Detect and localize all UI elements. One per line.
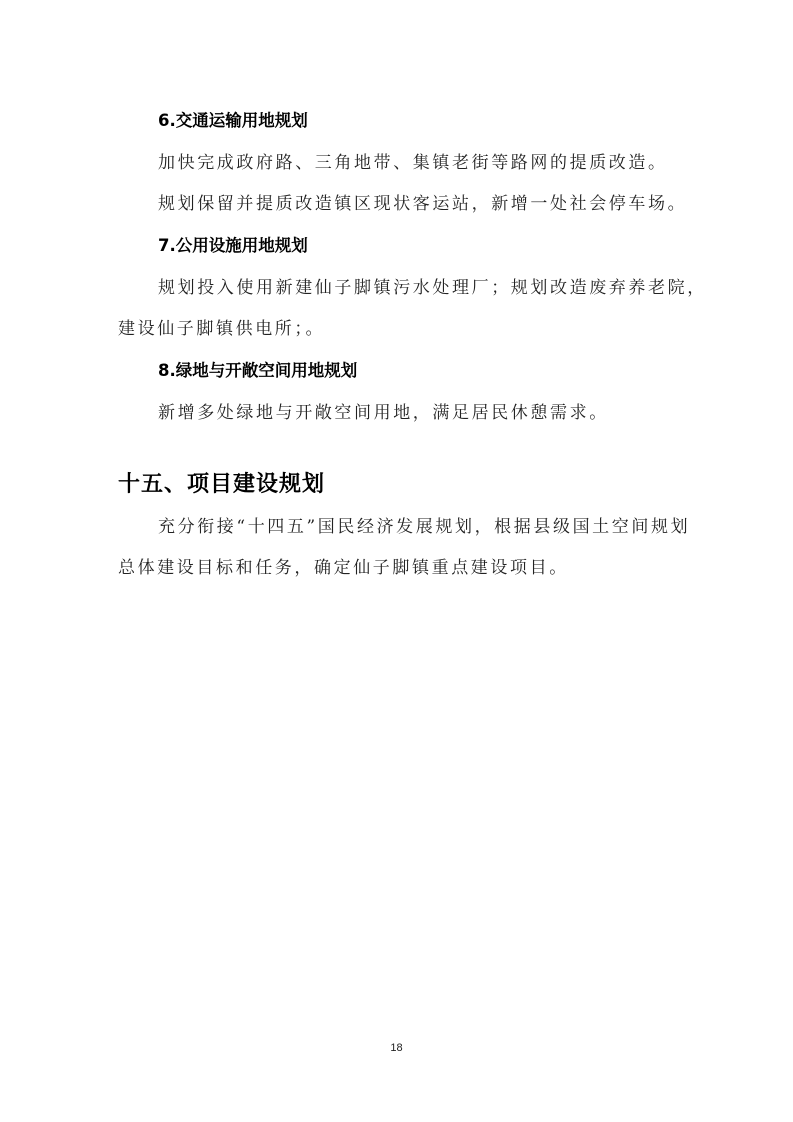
paragraph-line: 建设仙子脚镇供电所；。 (118, 314, 325, 339)
page-number: 18 (0, 1042, 793, 1054)
paragraph-line: 规划保留并提质改造镇区现状客运站，新增一处社会停车场。 (158, 189, 687, 214)
paragraph-line: 充分衔接“十四五”国民经济发展规划，根据县级国土空间规划 (158, 512, 690, 537)
paragraph-line: 总体建设目标和任务，确定仙子脚镇重点建设项目。 (118, 553, 569, 578)
section-heading-green-space: 8.绿地与开敞空间用地规划 (158, 357, 357, 381)
chapter-title: 十五、项目建设规划 (118, 467, 325, 498)
section-heading-utilities: 7.公用设施用地规划 (158, 232, 308, 256)
section-heading-transport: 6.交通运输用地规划 (158, 107, 308, 131)
paragraph-line: 规划投入使用新建仙子脚镇污水处理厂；规划改造废弃养老院， (158, 273, 707, 298)
paragraph-line: 加快完成政府路、三角地带、集镇老街等路网的提质改造。 (158, 148, 668, 173)
paragraph-line: 新增多处绿地与开敞空间用地，满足居民休憩需求。 (158, 398, 609, 423)
